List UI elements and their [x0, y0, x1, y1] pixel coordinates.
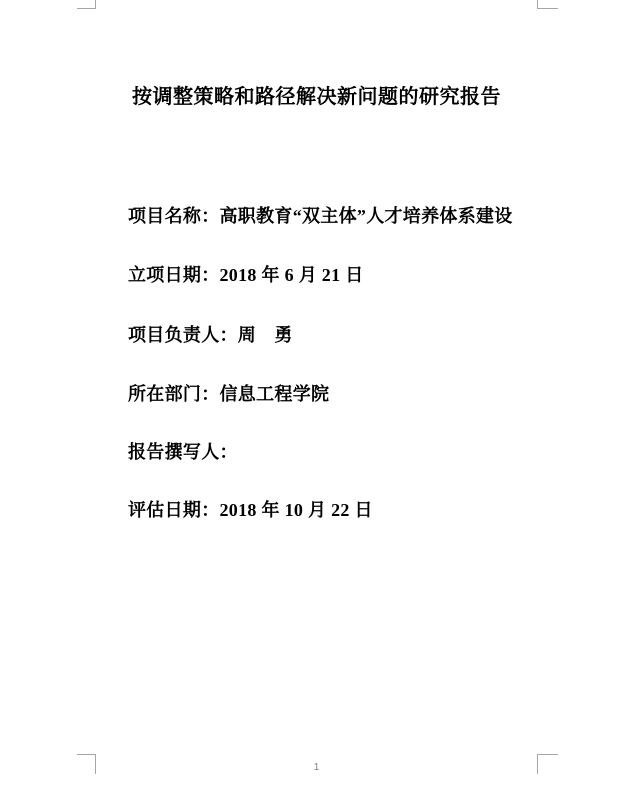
field-approval-date: 立项日期：2018 年 6 月 21 日 — [128, 262, 364, 288]
report-title: 按调整策略和路径解决新问题的研究报告 — [0, 84, 633, 110]
page-number: 1 — [0, 761, 633, 774]
document-page: 按调整策略和路径解决新问题的研究报告 项目名称：高职教育“双主体”人才培养体系建… — [0, 0, 633, 802]
field-department: 所在部门：信息工程学院 — [128, 381, 329, 407]
text-boundary-corner-top-right-icon — [537, 0, 558, 9]
field-report-writer: 报告撰写人： — [128, 439, 238, 465]
field-project-name: 项目名称：高职教育“双主体”人才培养体系建设 — [128, 203, 513, 229]
field-project-leader: 项目负责人：周 勇 — [128, 322, 293, 348]
field-evaluation-date: 评估日期：2018 年 10 月 22 日 — [128, 497, 373, 523]
text-boundary-corner-top-left-icon — [77, 0, 96, 9]
